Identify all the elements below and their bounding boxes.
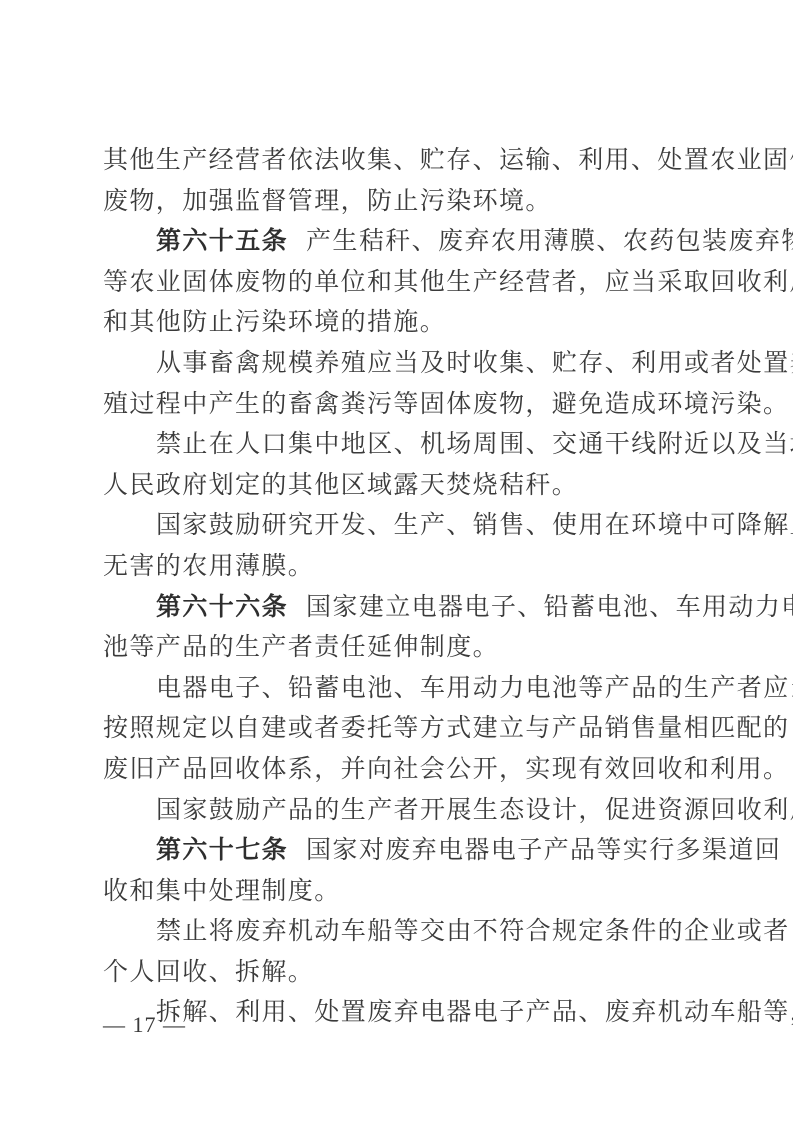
text-line: 禁止将废弃机动车船等交由不符合规定条件的企业或者 <box>103 911 703 952</box>
line-text: 国家鼓励研究开发、生产、销售、使用在环境中可降解且 <box>156 510 793 539</box>
line-text: 国家建立电器电子、铅蓄电池、车用动力电 <box>306 592 793 621</box>
document-page: 其他生产经营者依法收集、贮存、运输、利用、处置农业固体 废物，加强监督管理，防止… <box>103 140 703 1033</box>
line-text: 池等产品的生产者责任延伸制度。 <box>103 632 499 661</box>
line-text: 产生秸秆、废弃农用薄膜、农药包装废弃物 <box>306 226 793 255</box>
line-text: 电器电子、铅蓄电池、车用动力电池等产品的生产者应当 <box>156 673 793 702</box>
line-text: 废物，加强监督管理，防止污染环境。 <box>103 186 552 215</box>
text-line: 其他生产经营者依法收集、贮存、运输、利用、处置农业固体 <box>103 140 703 181</box>
line-text: 从事畜禽规模养殖应当及时收集、贮存、利用或者处置养 <box>156 348 793 377</box>
line-text: 废旧产品回收体系，并向社会公开，实现有效回收和利用。 <box>103 754 789 783</box>
text-line: 和其他防止污染环境的措施。 <box>103 302 703 343</box>
line-text: 收和集中处理制度。 <box>103 876 341 905</box>
text-line: 禁止在人口集中地区、机场周围、交通干线附近以及当地 <box>103 424 703 465</box>
text-line: 电器电子、铅蓄电池、车用动力电池等产品的生产者应当 <box>103 668 703 709</box>
line-text: 禁止将废弃机动车船等交由不符合规定条件的企业或者 <box>156 916 790 945</box>
text-line: 等农业固体废物的单位和其他生产经营者，应当采取回收利用 <box>103 262 703 303</box>
article-66-heading-line: 第六十六条国家建立电器电子、铅蓄电池、车用动力电 <box>103 587 703 628</box>
line-text: 国家对废弃电器电子产品等实行多渠道回 <box>306 835 781 864</box>
line-text: 禁止在人口集中地区、机场周围、交通干线附近以及当地 <box>156 429 793 458</box>
line-text: 拆解、利用、处置废弃电器电子产品、废弃机动车船等， <box>156 997 793 1026</box>
article-number: 第六十七条 <box>156 835 288 864</box>
article-number: 第六十六条 <box>156 592 288 621</box>
text-line: 按照规定以自建或者委托等方式建立与产品销售量相匹配的 <box>103 708 703 749</box>
text-line: 人民政府划定的其他区域露天焚烧秸秆。 <box>103 465 703 506</box>
text-line: 池等产品的生产者责任延伸制度。 <box>103 627 703 668</box>
article-65-heading-line: 第六十五条产生秸秆、废弃农用薄膜、农药包装废弃物 <box>103 221 703 262</box>
text-line: 废旧产品回收体系，并向社会公开，实现有效回收和利用。 <box>103 749 703 790</box>
line-text: 殖过程中产生的畜禽粪污等固体废物，避免造成环境污染。 <box>103 389 789 418</box>
text-line: 无害的农用薄膜。 <box>103 546 703 587</box>
text-line: 拆解、利用、处置废弃电器电子产品、废弃机动车船等， <box>103 992 703 1033</box>
text-line: 国家鼓励产品的生产者开展生态设计，促进资源回收利用。 <box>103 790 703 831</box>
line-text: 人民政府划定的其他区域露天焚烧秸秆。 <box>103 470 578 499</box>
text-line: 从事畜禽规模养殖应当及时收集、贮存、利用或者处置养 <box>103 343 703 384</box>
article-number: 第六十五条 <box>156 226 288 255</box>
page-number: — 17 — <box>103 1012 186 1038</box>
line-text: 国家鼓励产品的生产者开展生态设计，促进资源回收利用。 <box>156 795 793 824</box>
line-text: 和其他防止污染环境的措施。 <box>103 307 446 336</box>
text-line: 废物，加强监督管理，防止污染环境。 <box>103 181 703 222</box>
text-line: 殖过程中产生的畜禽粪污等固体废物，避免造成环境污染。 <box>103 384 703 425</box>
text-line: 个人回收、拆解。 <box>103 952 703 993</box>
line-text: 按照规定以自建或者委托等方式建立与产品销售量相匹配的 <box>103 713 789 742</box>
line-text: 等农业固体废物的单位和其他生产经营者，应当采取回收利用 <box>103 267 793 296</box>
article-67-heading-line: 第六十七条国家对废弃电器电子产品等实行多渠道回 <box>103 830 703 871</box>
line-text: 个人回收、拆解。 <box>103 957 314 986</box>
line-text: 其他生产经营者依法收集、贮存、运输、利用、处置农业固体 <box>103 145 793 174</box>
line-text: 无害的农用薄膜。 <box>103 551 314 580</box>
text-line: 国家鼓励研究开发、生产、销售、使用在环境中可降解且 <box>103 505 703 546</box>
text-line: 收和集中处理制度。 <box>103 871 703 912</box>
